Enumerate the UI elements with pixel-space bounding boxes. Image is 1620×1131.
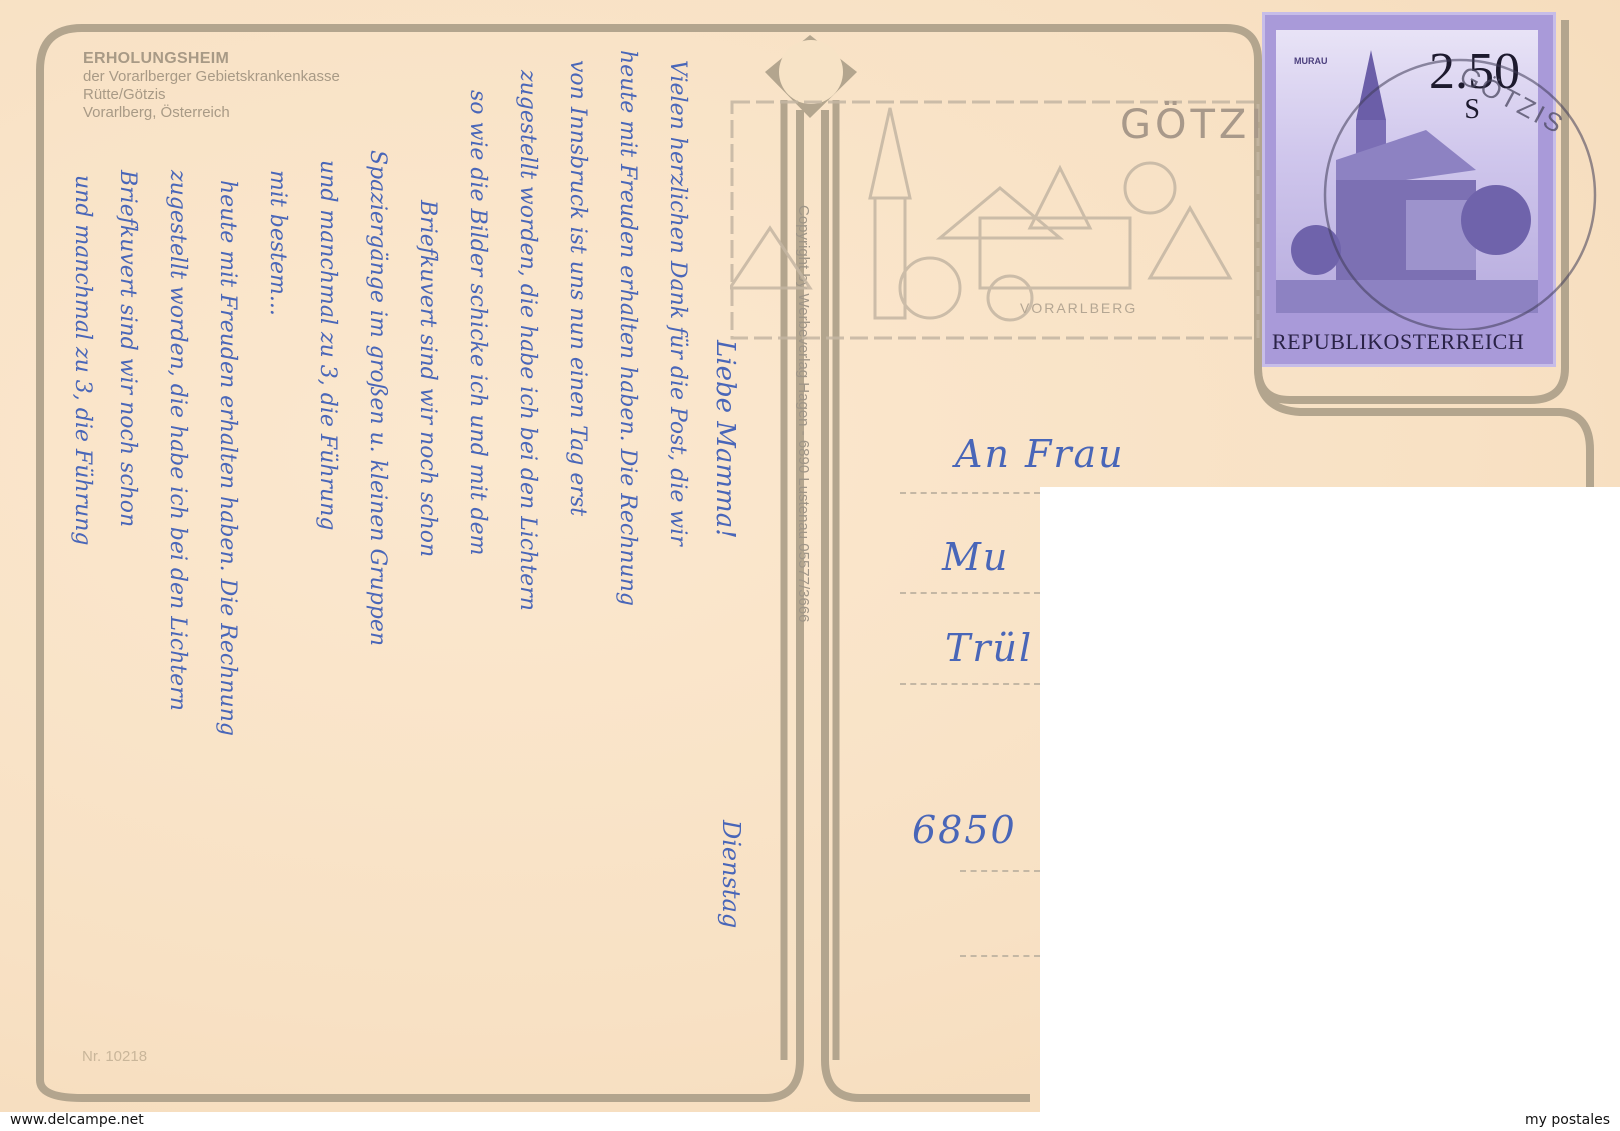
message-line: heute mit Freuden erhalten haben. Die Re… <box>615 50 640 606</box>
postmark-circle <box>1300 30 1600 330</box>
header-line: Vorarlberg, Österreich <box>83 104 340 122</box>
message-line: zugestellt worden, die habe ich bei den … <box>165 170 190 711</box>
redacted-address-area <box>1040 487 1620 1112</box>
stamp-country: REPUBLIKOSTERREICH <box>1272 329 1524 355</box>
greeting: Liebe Mamma! <box>710 340 740 539</box>
printed-header: ERHOLUNGSHEIM der Vorarlberger Gebietskr… <box>83 50 340 122</box>
address-rule <box>960 955 1040 957</box>
day-note: Dienstag <box>717 820 745 928</box>
cancellation-region: VORARLBERG <box>1020 300 1137 316</box>
header-line: Rütte/Götzis <box>83 86 340 104</box>
address-line: An Frau <box>955 432 1125 476</box>
address-line: Mu <box>942 535 1009 579</box>
catalog-number: Nr. 10218 <box>82 1048 147 1065</box>
address-rule <box>900 492 1040 494</box>
message-line: und manchmal zu 3, die Führung <box>70 175 95 545</box>
message-line: Briefkuvert sind wir noch schon <box>415 200 440 557</box>
address-rule <box>960 870 1040 872</box>
message-line: zugestellt worden, die habe ich bei den … <box>515 70 540 611</box>
message-line: so wie die Bilder schicke ich und mit de… <box>465 90 490 556</box>
message-line: Briefkuvert sind wir noch schon <box>115 170 140 527</box>
header-title: ERHOLUNGSHEIM <box>83 50 340 68</box>
address-rule <box>900 683 1040 685</box>
message-line: heute mit Freuden erhalten haben. Die Re… <box>215 180 240 736</box>
watermark-delcampe: www.delcampe.net <box>10 1112 144 1128</box>
message-line: Spaziergänge im großen u. kleinen Gruppe… <box>365 150 390 646</box>
message-line: Vielen herzlichen Dank für die Post, die… <box>665 60 690 546</box>
message-line: mit bestem... <box>265 170 290 316</box>
address-line: 6850 <box>912 808 1017 852</box>
header-line: der Vorarlberger Gebietskrankenkasse <box>83 68 340 86</box>
message-line: von Innsbruck ist uns nun einen Tag erst <box>565 60 590 516</box>
postcard-back: ERHOLUNGSHEIM der Vorarlberger Gebietskr… <box>0 0 1620 1112</box>
watermark-bar: www.delcampe.net my postales <box>0 1112 1620 1131</box>
address-line: Trül <box>945 626 1033 670</box>
message-line: und manchmal zu 3, die Führung <box>315 160 340 530</box>
watermark-mypostales: my postales <box>1525 1112 1610 1128</box>
address-rule <box>900 592 1040 594</box>
